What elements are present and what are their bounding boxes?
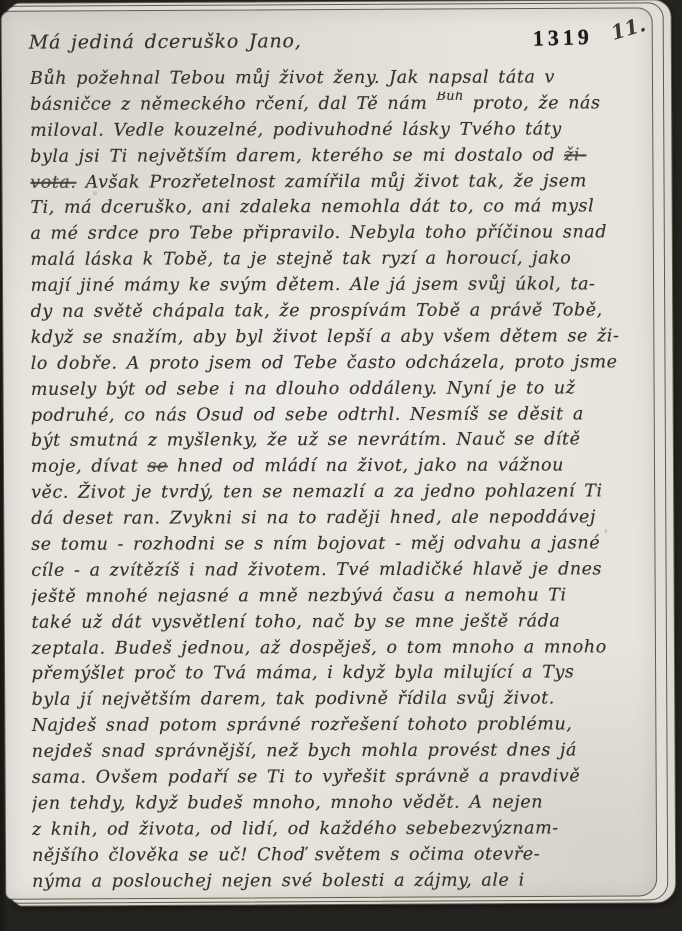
letter-line: věc. Život je tvrdý, ten se nemazlí a za… [31, 479, 636, 506]
letter-segment-inserted: Bůh [436, 91, 463, 109]
letter-segment: Ti, má dceruško, ani zdaleka nemohla dát… [30, 197, 594, 218]
letter-line: zeptala. Budeš jednou, až dospěješ, o to… [31, 635, 636, 662]
letter-line: být smutná z myšlenky, že už se nevrátím… [31, 428, 636, 455]
letter-segment: dá deset ran. Zvykni si na to raději hne… [31, 507, 596, 528]
letter-segment: také už dát vysvětlení toho, nač by se m… [31, 611, 560, 632]
letter-segment-struck: vota. [30, 172, 76, 192]
letter-segment: podruhé, co nás Osud od sebe odtrhl. Nes… [31, 404, 584, 425]
letter-line: a mé srdce pro Tebe připravilo. Nebyla t… [30, 221, 635, 248]
letter-segment: byla jsi Ti největším darem, kterého se … [30, 145, 564, 166]
letter-segment: věc. Život je tvrdý, ten se nemazlí a za… [31, 482, 603, 503]
letter-segment: hned od mládí na život, jako na vážnou [168, 456, 564, 477]
letter-segment: lo dobře. A proto jsem od Tebe často odc… [31, 352, 618, 374]
letter-segment: sama. Ovšem podaří se Ti to vyřešit sprá… [32, 766, 580, 787]
letter-line: Ti, má dceruško, ani zdaleka nemohla dát… [30, 195, 635, 222]
letter-segment: se tomu - rozhodni se s ním bojovat - mě… [31, 533, 600, 554]
letter-body: Bůh požehnal Tebou můj život ženy. Jak n… [30, 65, 637, 895]
letter-line: Bůh požehnal Tebou můj život ženy. Jak n… [30, 65, 635, 92]
letter-segment: a mé srdce pro Tebe připravilo. Nebyla t… [30, 223, 607, 245]
letter-line: ještě mnohé nejasné a mně nezbývá času a… [31, 583, 636, 610]
letter-segment: musely být od sebe i na dlouho oddáleny.… [31, 378, 576, 399]
letter-line: cíle - a zvítězíš i nad životem. Tvé mla… [31, 557, 636, 584]
letter-line: Najdeš snad potom správné rozřešení toho… [32, 713, 637, 740]
letter-segment: jen tehdy, když budeš mnoho, mnoho vědět… [32, 792, 543, 813]
letter-segment: miloval. Vedle kouzelné, podivuhodné lás… [30, 119, 562, 140]
letter-segment: dy na světě chápala tak, že prospívám To… [31, 300, 603, 321]
letter-line: nýma a poslouchej nejen své bolesti a zá… [32, 868, 637, 895]
letter-segment: být smutná z myšlenky, že už se nevrátím… [31, 430, 581, 451]
letter-line: dy na světě chápala tak, že prospívám To… [31, 298, 636, 325]
letter-line: musely být od sebe i na dlouho oddáleny.… [31, 376, 636, 403]
letter-line: nějšího člověka se uč! Choď světem s oči… [32, 842, 637, 869]
letter-line: básničce z německého rčení, dal Tě nám B… [30, 91, 635, 118]
letter-line: přemýšlet proč to Tvá máma, i když byla … [32, 661, 637, 688]
letter-segment: přemýšlet proč to Tvá máma, i když byla … [32, 663, 575, 684]
letter-segment: z knih, od života, od lidí, od každého s… [32, 818, 559, 839]
letter-segment: Bůh požehnal Tebou můj život ženy. Jak n… [30, 67, 555, 88]
letter-line: moje, dívat se hned od mládí na život, j… [31, 454, 636, 481]
letter-segment: proto, že nás [464, 93, 601, 113]
letter-segment-struck: se [147, 457, 167, 477]
letter-line: malá láska k Tobě, ta je stejně tak ryzí… [30, 246, 635, 273]
letter-segment: byla jí největším darem, tak podivně říd… [32, 689, 555, 710]
letter-line: vota. Avšak Prozřetelnost zamířila můj ž… [30, 169, 635, 196]
letter-segment: zeptala. Budeš jednou, až dospěješ, o to… [31, 637, 606, 659]
letter-line: lo dobře. A proto jsem od Tebe často odc… [31, 350, 636, 377]
letter-line: nejdeš snad správnější, než bych mohla p… [32, 738, 637, 765]
letter-line: podruhé, co nás Osud od sebe odtrhl. Nes… [31, 402, 636, 429]
letter-line: z knih, od života, od lidí, od každého s… [32, 816, 637, 843]
letter-segment: básničce z německého rčení, dal Tě nám [30, 94, 436, 115]
letter-line: také už dát vysvětlení toho, nač by se m… [31, 609, 636, 636]
letter-segment: moje, dívat [31, 457, 147, 477]
letter-segment: Avšak Prozřetelnost zamířila můj život t… [76, 171, 586, 192]
letter-segment: Najdeš snad potom správné rozřešení toho… [32, 715, 573, 736]
letter-line: mají jiné mámy ke svým dětem. Ale já jse… [31, 272, 636, 299]
letter-line: se tomu - rozhodni se s ním bojovat - mě… [31, 531, 636, 558]
letter-line: když se snažím, aby byl život lepší a ab… [31, 324, 636, 351]
page-number: 11. [608, 12, 648, 45]
letter-line: byla jí největším darem, tak podivně říd… [32, 687, 637, 714]
document-photo: 1319 1319 11. Má jediná dceruško Jano, B… [0, 0, 682, 931]
letter-segment: ještě mnohé nejasné a mně nezbývá času a… [31, 585, 566, 606]
paper-stack: 1319 11. Má jediná dceruško Jano, Bůh po… [0, 0, 682, 931]
letter-segment: nějšího člověka se uč! Choď světem s oči… [32, 844, 540, 865]
salutation: Má jediná dceruško Jano, [29, 30, 302, 53]
letter-segment-struck: ži- [564, 145, 586, 165]
letter-segment: malá láska k Tobě, ta je stejně tak ryzí… [30, 249, 571, 270]
letter-segment: cíle - a zvítězíš i nad životem. Tvé mla… [31, 559, 602, 580]
archive-stamp: 1319 [532, 24, 593, 52]
letter-line: miloval. Vedle kouzelné, podivuhodné lás… [30, 117, 635, 144]
letter-page: 1319 11. Má jediná dceruško Jano, Bůh po… [1, 7, 658, 899]
letter-segment: mají jiné mámy ke svým dětem. Ale já jse… [31, 274, 596, 295]
letter-segment: nýma a poslouchej nejen své bolesti a zá… [32, 870, 525, 891]
letter-line: jen tehdy, když budeš mnoho, mnoho vědět… [32, 790, 637, 817]
letter-segment: nejdeš snad správnější, než bych mohla p… [32, 741, 577, 762]
letter-line: byla jsi Ti největším darem, kterého se … [30, 143, 635, 170]
letter-line: sama. Ovšem podaří se Ti to vyřešit sprá… [32, 764, 637, 791]
letter-line: dá deset ran. Zvykni si na to raději hne… [31, 505, 636, 532]
letter-segment: když se snažím, aby byl život lepší a ab… [31, 326, 620, 348]
